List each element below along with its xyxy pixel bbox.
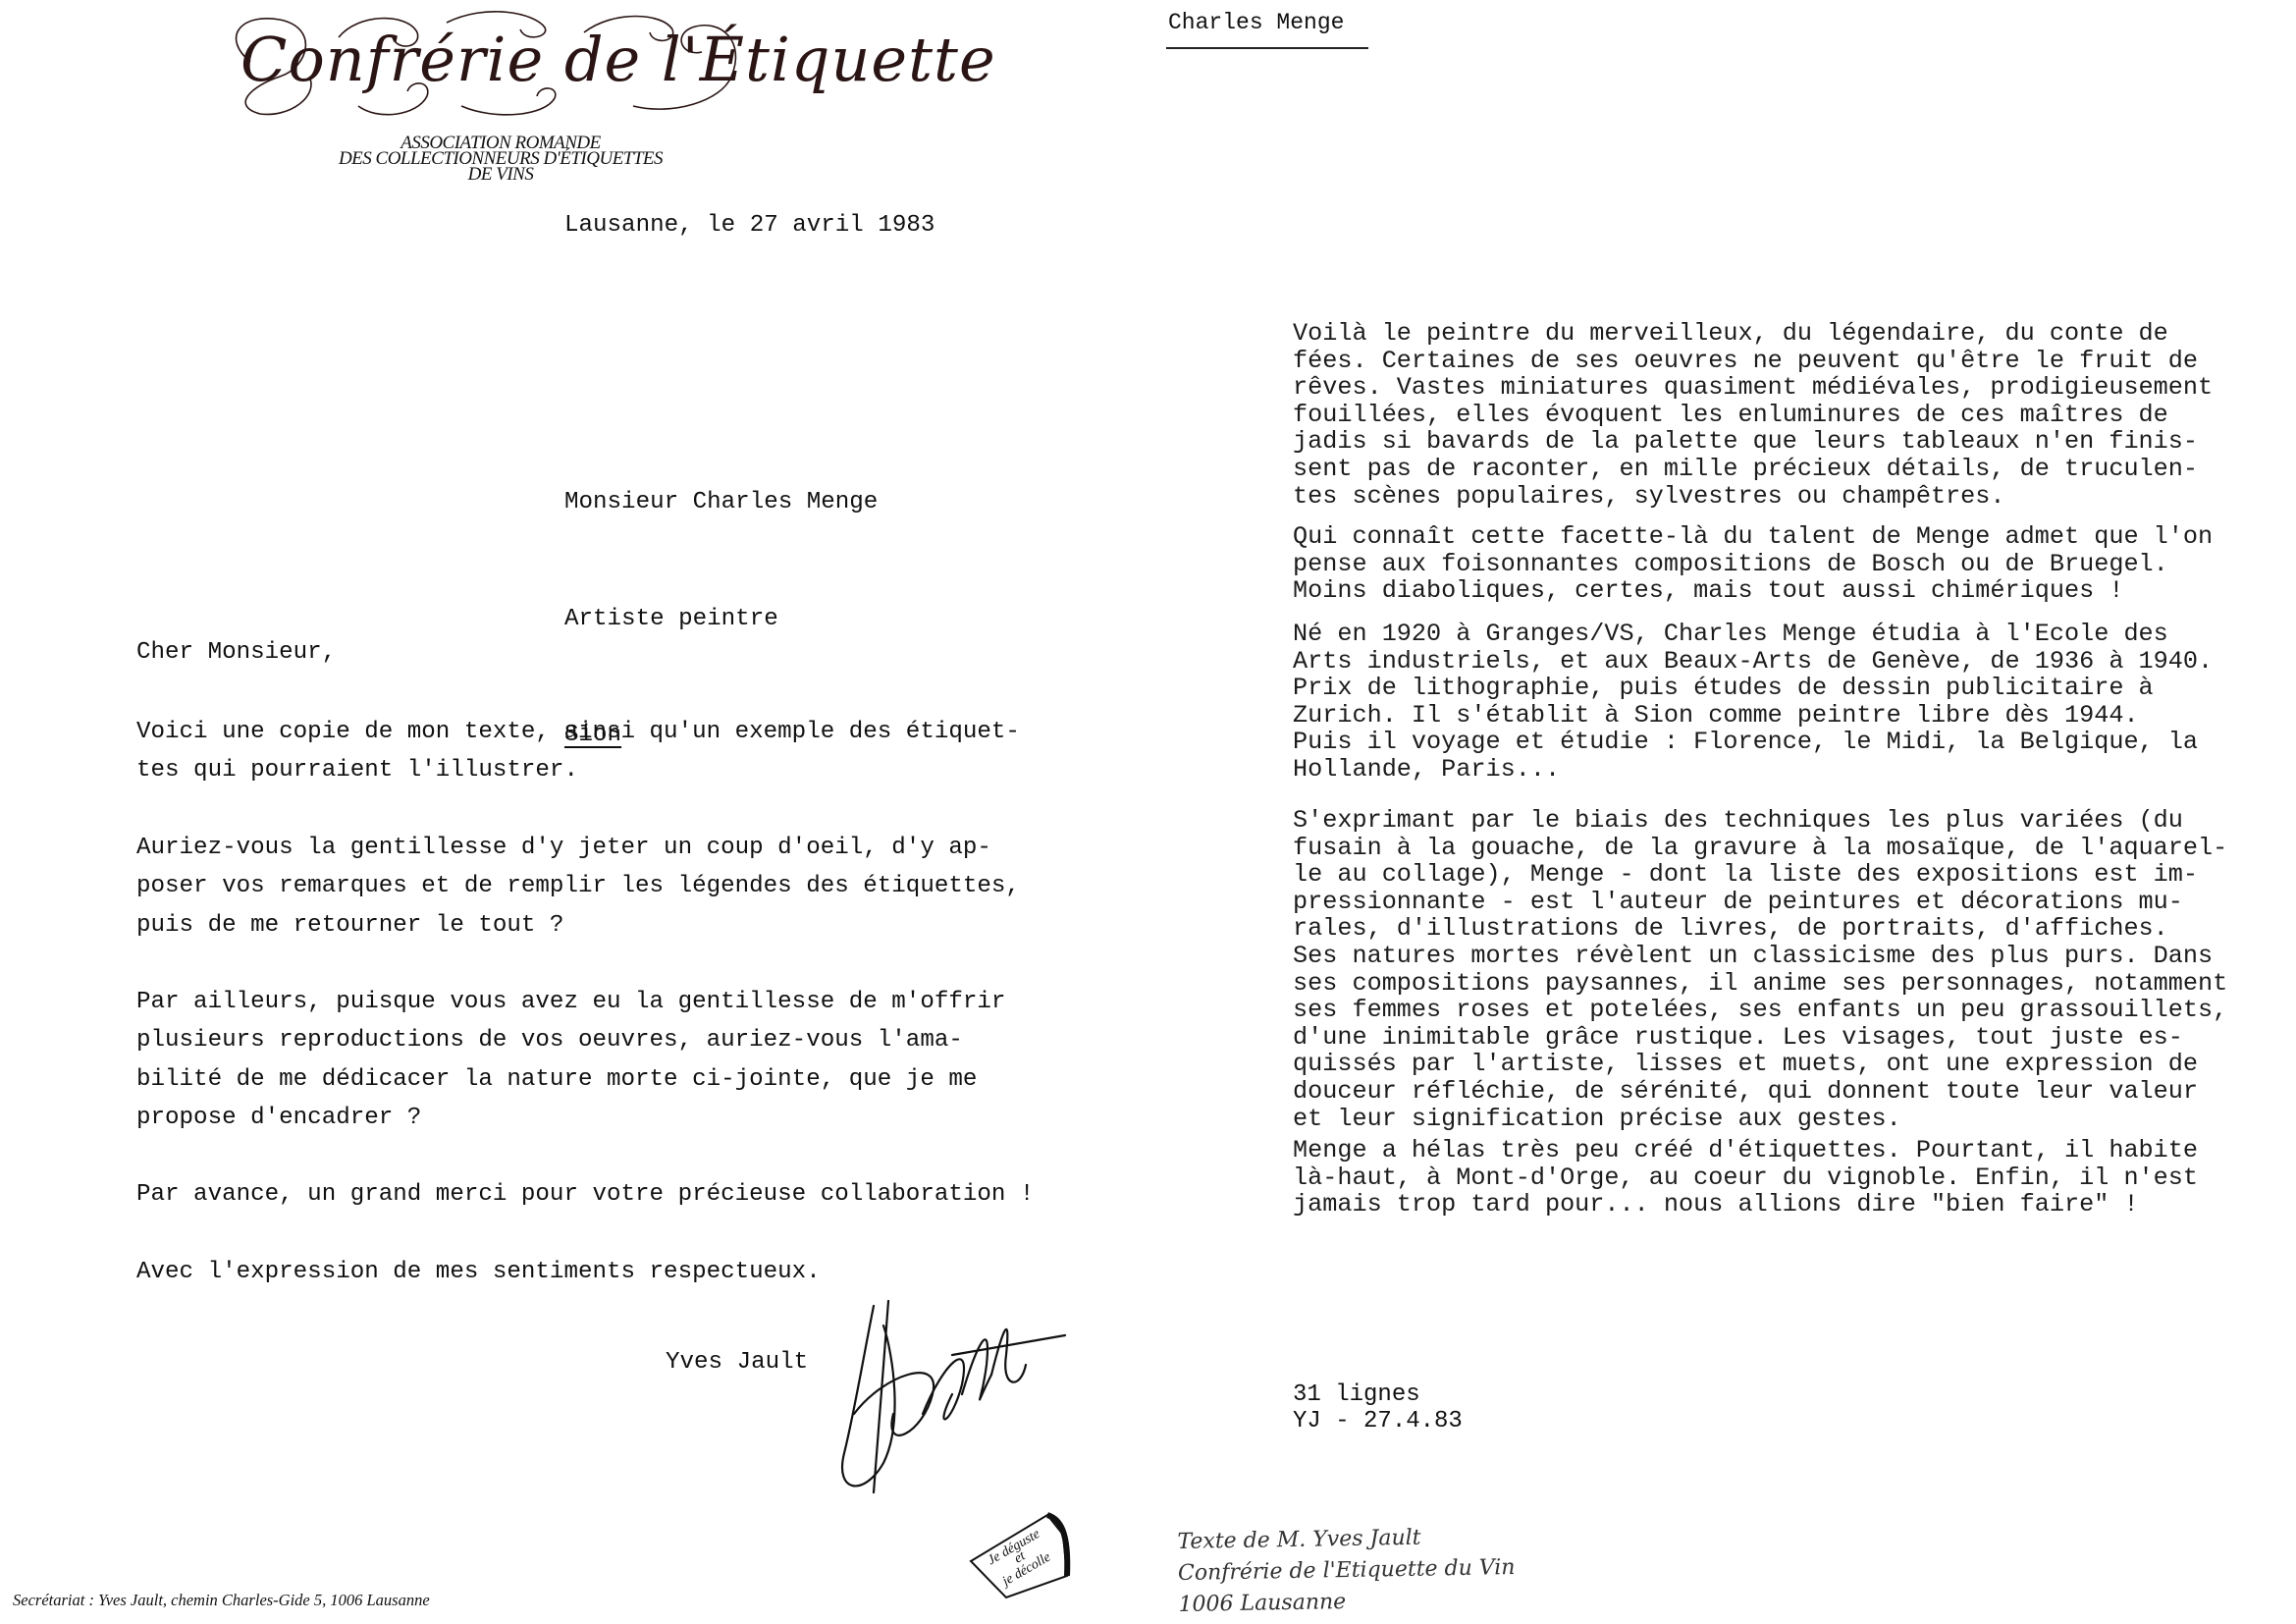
letter-paragraph: Par ailleurs, puisque vous avez eu la ge…	[136, 983, 1005, 1138]
letter-paragraph: Par avance, un grand merci pour votre pr…	[136, 1175, 1034, 1214]
handwritten-signature	[815, 1296, 1070, 1517]
title-underline	[1166, 47, 1368, 49]
letter-paragraph: Voici une copie de mon texte, ainsi qu'u…	[136, 713, 1020, 790]
recipient-title: Artiste peintre	[564, 600, 878, 639]
closing-line: Avec l'expression de mes sentiments resp…	[136, 1253, 821, 1291]
article-paragraph: S'exprimant par le biais des techniques …	[1293, 807, 2227, 1132]
salutation: Cher Monsieur,	[136, 639, 336, 666]
label-sticker-logo: Je déguste et je décolle	[967, 1507, 1075, 1600]
letter-paragraph: Auriez-vous la gentillesse d'y jeter un …	[136, 829, 1020, 945]
organization-subtitle: Association Romande des Collectionneurs …	[294, 135, 707, 183]
article-title: Charles Menge	[1168, 10, 1344, 35]
letter-date: Lausanne, le 27 avril 1983	[564, 212, 934, 239]
handwritten-note: Texte de M. Yves Jault Confrérie de l'Et…	[1177, 1521, 1516, 1621]
article-paragraph: Menge a hélas très peu créé d'étiquettes…	[1293, 1137, 2198, 1218]
article-paragraph: Né en 1920 à Granges/VS, Charles Menge é…	[1293, 621, 2213, 784]
article-meta: 31 lignes YJ - 27.4.83	[1293, 1381, 1463, 1435]
article-paragraph: Qui connaît cette facette-là du talent d…	[1293, 523, 2213, 605]
article-paragraph: Voilà le peintre du merveilleux, du lége…	[1293, 320, 2213, 510]
organization-name: Confrérie de l'Étiquette	[240, 24, 996, 95]
recipient-name: Monsieur Charles Menge	[564, 483, 878, 522]
secretariat-address: Secrétariat : Yves Jault, chemin Charles…	[13, 1591, 430, 1610]
signer-name: Yves Jault	[666, 1349, 808, 1376]
subtitle-line: de Vins	[294, 167, 707, 183]
